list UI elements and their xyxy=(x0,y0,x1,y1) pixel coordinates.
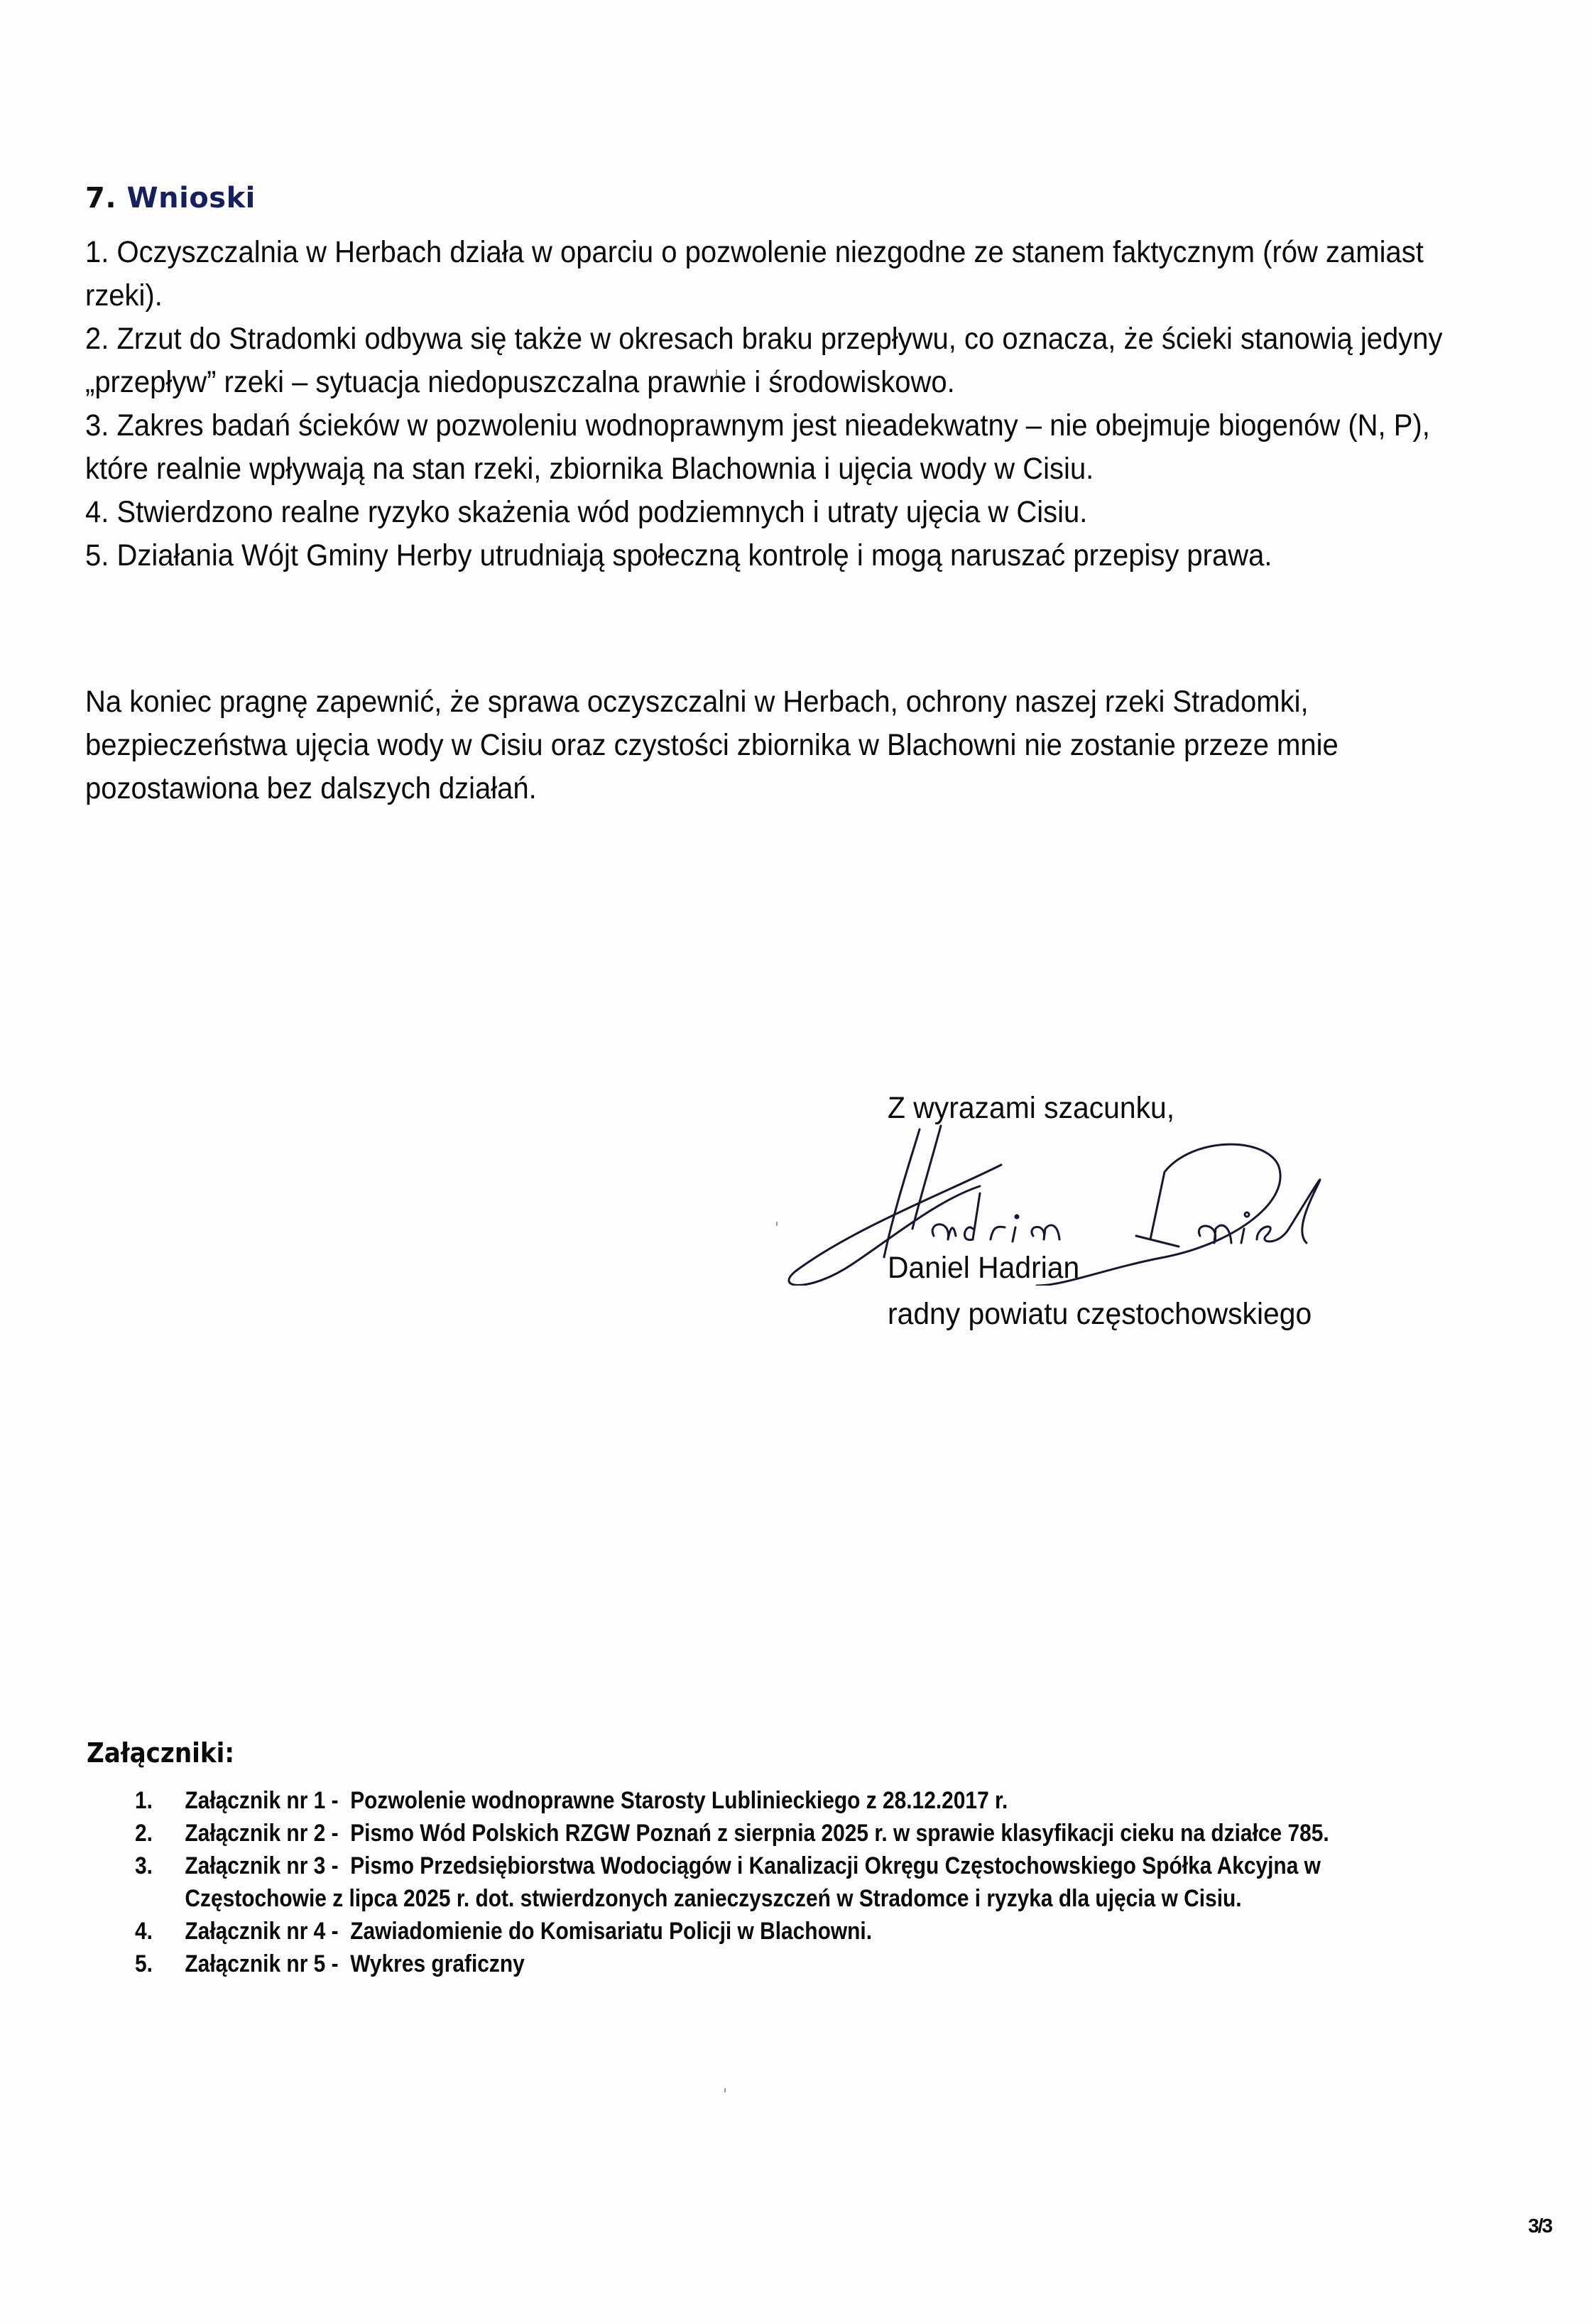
scan-speck xyxy=(776,1222,778,1226)
attachment-item: 4. Załącznik nr 4 - Zawiadomienie do Kom… xyxy=(135,1915,1410,1948)
handwritten-signature-icon xyxy=(767,1122,1406,1286)
section-title: Wnioski xyxy=(126,182,255,215)
attachment-number: 4. xyxy=(135,1915,185,1948)
attachment-number: 5. xyxy=(135,1948,185,1980)
attachment-label: Załącznik nr 2 - xyxy=(185,1820,338,1847)
conclusions-list: 1. Oczyszczalnia w Herbach działa w opar… xyxy=(85,231,1459,577)
scan-speck xyxy=(724,2088,726,2092)
attachments-list: 1. Załącznik nr 1 - Pozwolenie wodnopraw… xyxy=(135,1784,1410,1980)
section-number: 7. xyxy=(85,182,116,215)
attachment-text: Pozwolenie wodnoprawne Starosty Lublinie… xyxy=(350,1787,1008,1814)
conclusion-item: 1. Oczyszczalnia w Herbach działa w opar… xyxy=(85,231,1459,317)
page-number: 3/3 xyxy=(1528,2215,1552,2237)
conclusion-item: 2. Zrzut do Stradomki odbywa się także w… xyxy=(85,317,1459,404)
attachment-label: Załącznik nr 3 - xyxy=(185,1852,338,1879)
attachments-title: Załączniki: xyxy=(87,1737,234,1769)
attachment-item: 1. Załącznik nr 1 - Pozwolenie wodnopraw… xyxy=(135,1784,1410,1817)
attachment-text: Zawiadomienie do Komisariatu Policji w B… xyxy=(350,1918,872,1945)
attachment-label: Załącznik nr 1 - xyxy=(185,1787,338,1814)
attachment-text: Wykres graficzny xyxy=(350,1950,525,1977)
attachment-number: 1. xyxy=(135,1784,185,1817)
attachment-text: Pismo Przedsiębiorstwa Wodociągów i Kana… xyxy=(185,1852,1321,1912)
attachment-item: 5. Załącznik nr 5 - Wykres graficzny xyxy=(135,1948,1410,1980)
attachment-label: Załącznik nr 4 - xyxy=(185,1918,338,1945)
attachment-number: 2. xyxy=(135,1817,185,1850)
conclusion-item: 5. Działania Wójt Gminy Herby utrudniają… xyxy=(85,534,1459,577)
signer-role: radny powiatu częstochowskiego xyxy=(888,1293,1312,1336)
attachment-text: Pismo Wód Polskich RZGW Poznań z sierpni… xyxy=(350,1820,1329,1847)
closing-text: Na koniec pragnę zapewnić, że sprawa ocz… xyxy=(85,680,1459,810)
section-heading: 7. Wnioski xyxy=(85,182,256,215)
attachment-number: 3. xyxy=(135,1850,185,1915)
conclusion-item: 4. Stwierdzono realne ryzyko skażenia wó… xyxy=(85,491,1459,534)
conclusion-item: 3. Zakres badań ścieków w pozwoleniu wod… xyxy=(85,404,1459,491)
attachment-item: 3. Załącznik nr 3 - Pismo Przedsiębiorst… xyxy=(135,1850,1410,1915)
attachment-item: 2. Załącznik nr 2 - Pismo Wód Polskich R… xyxy=(135,1817,1410,1850)
attachment-label: Załącznik nr 5 - xyxy=(185,1950,338,1977)
closing-paragraph: Na koniec pragnę zapewnić, że sprawa ocz… xyxy=(85,680,1459,810)
document-page: 7. Wnioski 1. Oczyszczalnia w Herbach dz… xyxy=(0,0,1592,2324)
scan-speck xyxy=(716,369,717,376)
